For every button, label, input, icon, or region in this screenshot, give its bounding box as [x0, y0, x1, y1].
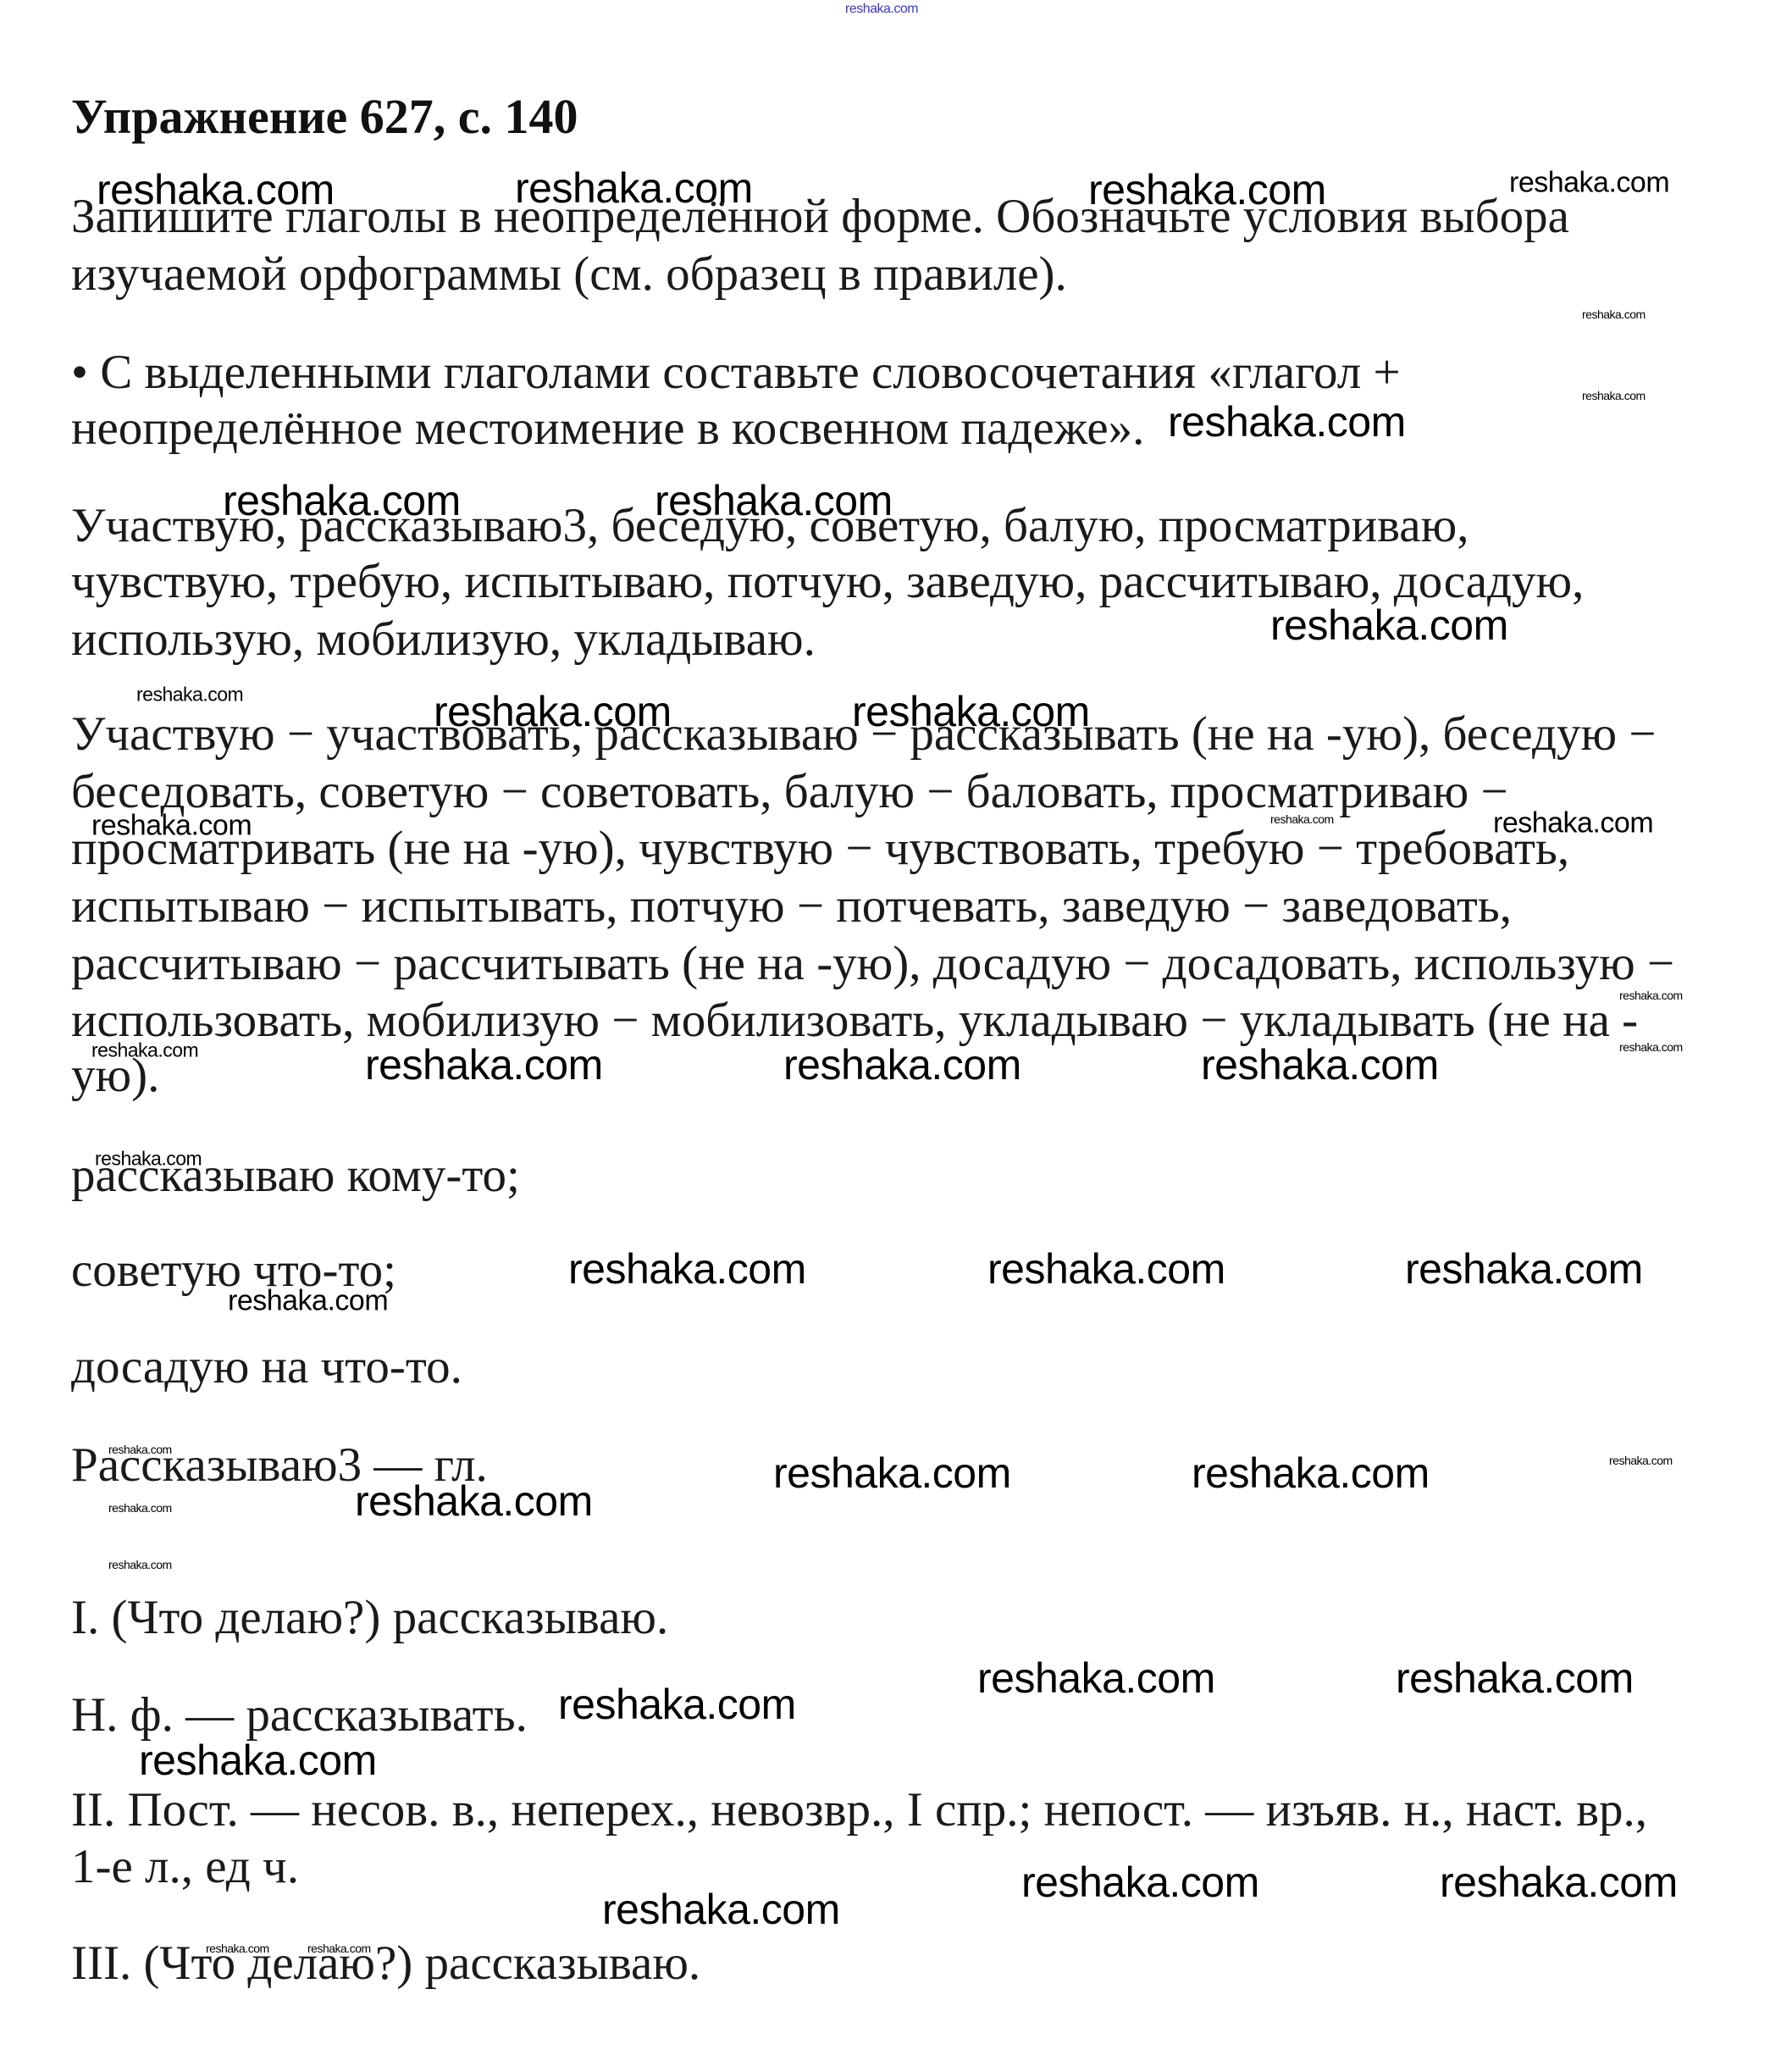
- watermark: reshaka.com: [602, 1885, 840, 1934]
- watermark-top: reshaka.com: [845, 2, 918, 17]
- answer-line: просматривать (не на -ую), чувствую − чу…: [71, 820, 1569, 878]
- task-line: изучаемой орфограммы (см. образец в прав…: [71, 246, 1067, 303]
- answer-line: испытываю − испытывать, потчую − потчева…: [71, 878, 1512, 935]
- watermark: reshaka.com: [783, 1040, 1021, 1089]
- parsing-part2: II. Пост. — несов. в., неперех., невозвр…: [71, 1781, 1647, 1839]
- watermark: reshaka.com: [1609, 1454, 1673, 1467]
- watermark: reshaka.com: [1582, 307, 1646, 321]
- watermark: reshaka.com: [1396, 1654, 1634, 1703]
- watermark: reshaka.com: [1440, 1858, 1678, 1907]
- watermark: reshaka.com: [206, 1942, 269, 1955]
- watermark: reshaka.com: [1493, 807, 1653, 840]
- watermark: reshaka.com: [136, 684, 243, 706]
- watermark: reshaka.com: [1201, 1040, 1439, 1089]
- watermark: reshaka.com: [1619, 1040, 1683, 1054]
- source-words-line: использую, мобилизую, укладываю.: [71, 611, 816, 668]
- watermark: reshaka.com: [558, 1680, 796, 1729]
- watermark: reshaka.com: [773, 1449, 1011, 1498]
- parsing-part3: III. (Что делаю?) рассказываю.: [71, 1935, 700, 1992]
- parsing-part2: 1-е л., ед ч.: [71, 1838, 299, 1896]
- task-line: неопределённое местоимение в косвенном п…: [71, 400, 1144, 457]
- watermark: reshaka.com: [228, 1285, 388, 1318]
- watermark: reshaka.com: [307, 1942, 371, 1955]
- watermark: reshaka.com: [655, 476, 893, 525]
- phrase-line: досадую на что-то.: [71, 1338, 462, 1396]
- watermark: reshaka.com: [852, 687, 1090, 736]
- exercise-title: Упражнение 627, с. 140: [71, 88, 578, 146]
- watermark: reshaka.com: [1582, 389, 1646, 402]
- watermark: reshaka.com: [1509, 167, 1669, 200]
- watermark: reshaka.com: [223, 476, 461, 525]
- task-line: • С выделенными глаголами составьте слов…: [71, 344, 1401, 402]
- watermark: reshaka.com: [91, 810, 252, 843]
- watermark: reshaka.com: [91, 1039, 198, 1062]
- watermark: reshaka.com: [1168, 397, 1406, 446]
- watermark: reshaka.com: [108, 1558, 172, 1571]
- answer-line: рассчитываю − рассчитывать (не на -ую), …: [71, 935, 1674, 993]
- watermark: reshaka.com: [1619, 989, 1683, 1002]
- watermark: reshaka.com: [97, 165, 335, 214]
- watermark: reshaka.com: [139, 1736, 377, 1785]
- watermark: reshaka.com: [1021, 1858, 1259, 1907]
- watermark: reshaka.com: [355, 1476, 593, 1526]
- watermark: reshaka.com: [108, 1443, 172, 1456]
- watermark: reshaka.com: [1192, 1449, 1430, 1498]
- watermark: reshaka.com: [365, 1040, 603, 1089]
- watermark: reshaka.com: [1270, 601, 1508, 650]
- watermark: reshaka.com: [1405, 1244, 1643, 1294]
- watermark: reshaka.com: [515, 163, 753, 213]
- watermark: reshaka.com: [1088, 165, 1326, 214]
- document-page: reshaka.com Упражнение 627, с. 140 Запиш…: [0, 0, 1770, 2072]
- watermark: reshaka.com: [108, 1501, 172, 1515]
- watermark: reshaka.com: [434, 687, 672, 736]
- watermark: reshaka.com: [987, 1244, 1225, 1294]
- watermark: reshaka.com: [1270, 812, 1334, 826]
- parsing-part1: I. (Что делаю?) рассказываю.: [71, 1589, 668, 1647]
- watermark: reshaka.com: [95, 1148, 202, 1171]
- watermark: reshaka.com: [568, 1244, 806, 1294]
- watermark: reshaka.com: [977, 1654, 1215, 1703]
